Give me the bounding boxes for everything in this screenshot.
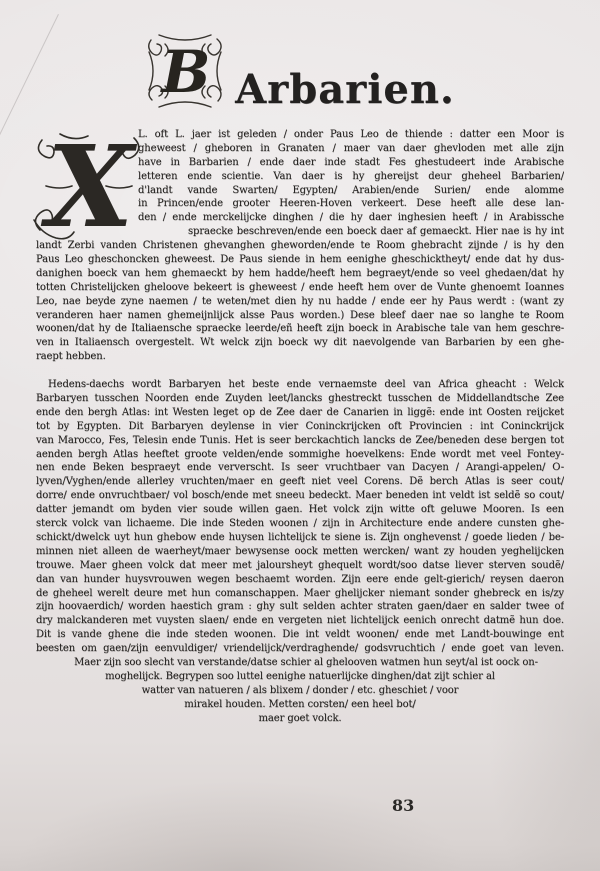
- text-line: mirakel houden. Metten corsten/ een heel…: [36, 698, 564, 712]
- book-page: B Arbarien. X L. oft L. jaer ist geleden…: [0, 0, 600, 871]
- text-line: aenden bergh Atlas heeftet groote velden…: [36, 448, 564, 462]
- text-line: watter van natueren / als blixem / donde…: [36, 684, 564, 698]
- text-line: schickt/dwelck uyt hun ghebow ende huyse…: [36, 531, 564, 545]
- text-line: totten Christelijcken gheloove bekeert i…: [36, 281, 564, 295]
- paragraph-1-full-lines: landt Zerbi vanden Christenen ghevanghen…: [36, 239, 564, 350]
- drop-cap-x: X: [30, 126, 148, 248]
- paragraph-2-justified-lines: Hedens-daechs wordt Barbaryen het beste …: [36, 378, 564, 656]
- text-line: ende den bergh Atlas: int Westen leget o…: [36, 406, 564, 420]
- ornate-initial-b: B: [145, 30, 225, 112]
- text-line: lyven/Vyghen/ende allerley vruchten/maer…: [36, 475, 564, 489]
- paragraph-1-dropcap-section: X L. oft L. jaer ist geleden / onder Pau…: [36, 128, 564, 239]
- text-line: sterck volck van lichaeme. Die inde Sted…: [36, 517, 564, 531]
- paragraph-2: Hedens-daechs wordt Barbaryen het beste …: [36, 378, 564, 725]
- text-line: datter jemandt om byden vier soude wille…: [36, 503, 564, 517]
- paragraph-1-last-line: raept hebben.: [36, 350, 564, 364]
- text-line: moghelijck. Begrypen soo luttel eenighe …: [36, 670, 564, 684]
- text-line: zijn hoovaerdich/ worden haestich gram :…: [36, 600, 564, 614]
- text-line: dorre/ ende onvruchtbaer/ vol bosch/ende…: [36, 489, 564, 503]
- text-line: beesten om gaen/zijn eenvuldiger/ vriend…: [36, 642, 564, 656]
- text-line: Dit is vande ghene die inde steden woone…: [36, 628, 564, 642]
- text-line: tot by Egypten. Dit Barbaryen deylense i…: [36, 420, 564, 434]
- paragraph-1: X L. oft L. jaer ist geleden / onder Pau…: [36, 128, 564, 364]
- text-line: Maer zijn soo slecht van verstande/datse…: [36, 656, 564, 670]
- text-line: maer goet volck.: [36, 712, 564, 726]
- text-line: woonen/dat hy de Italiaensche spraecke l…: [36, 322, 564, 336]
- text-line: veranderen haer namen ghemeijnlijck alss…: [36, 309, 564, 323]
- text-line: Barbaryen tusschen Noorden ende Zuyden l…: [36, 392, 564, 406]
- paragraph-2-centered-lines: Maer zijn soo slecht van verstande/datse…: [36, 656, 564, 725]
- text-line: danighen boeck van hem ghemaeckt by hem …: [36, 267, 564, 281]
- text-line: van Marocco, Fes, Telesin ende Tunis. He…: [36, 434, 564, 448]
- text-line: de gheheel werelt deure met hun comansch…: [36, 587, 564, 601]
- text-line: ven in Italiaensch overgestelt. Wt welck…: [36, 336, 564, 350]
- text-line: Hedens-daechs wordt Barbaryen het beste …: [36, 378, 564, 392]
- drop-cap-letter: X: [41, 126, 138, 248]
- text-line: trouwe. Maer gheen volck dat meer met ja…: [36, 559, 564, 573]
- text-line: dry malckanderen met vuysten slaen/ ende…: [36, 614, 564, 628]
- text-line: nen ende Beken bespraeyt ende ververscht…: [36, 461, 564, 475]
- page-title: B Arbarien.: [0, 0, 600, 112]
- title-initial-letter: B: [160, 38, 211, 106]
- title-text: Arbarien.: [235, 70, 455, 112]
- text-line: Paus Leo gheschoncken gheweest. De Paus …: [36, 253, 564, 267]
- text-line: minnen niet alleen de waerheyt/maer bewy…: [36, 545, 564, 559]
- text-line: dan van hunder huysvrouwen wegen beschae…: [36, 573, 564, 587]
- text-line: Leo, nae beyde zyne naemen / te weten/me…: [36, 295, 564, 309]
- page-number: 83: [392, 796, 414, 815]
